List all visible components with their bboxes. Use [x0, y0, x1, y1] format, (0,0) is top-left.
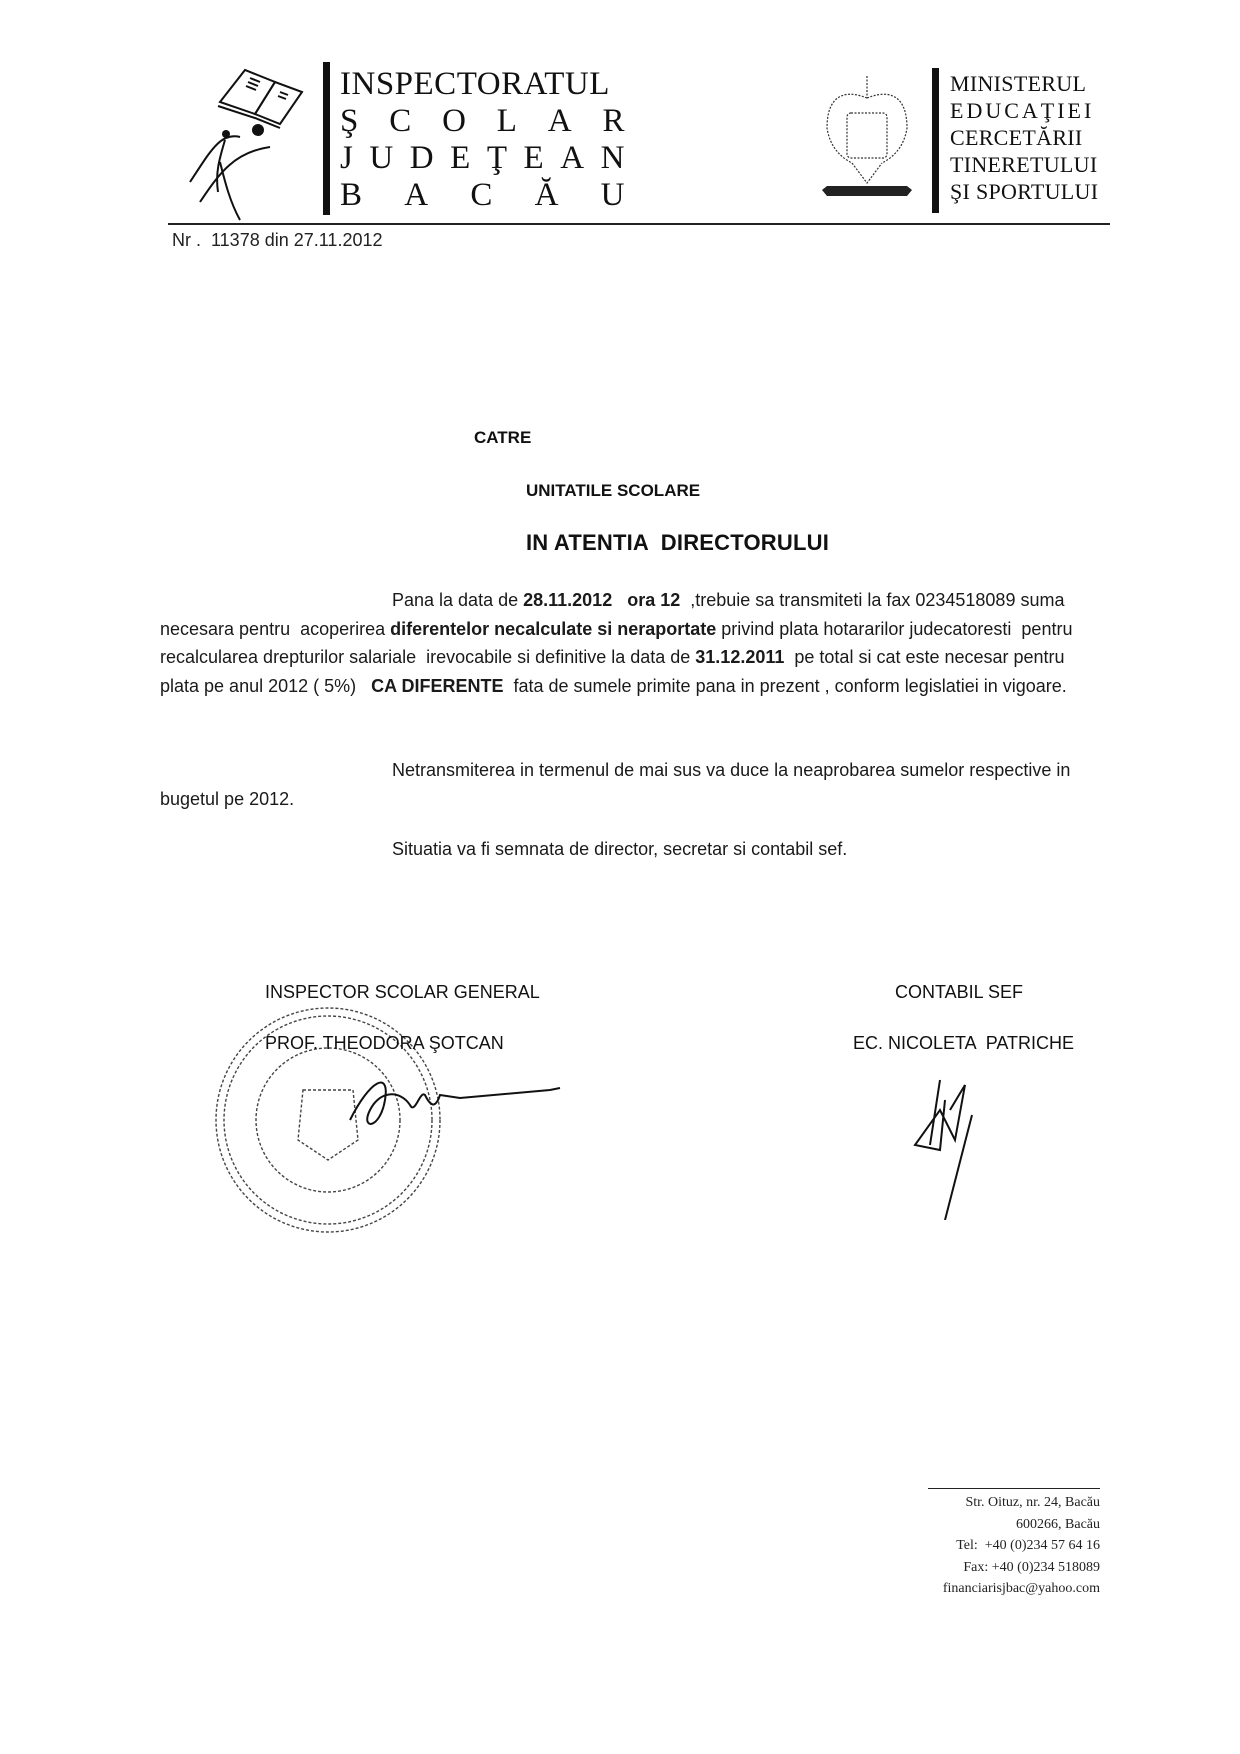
accountant-signature-icon	[910, 1070, 990, 1220]
title-letter: A	[404, 177, 428, 214]
body-paragraph-2-text: Netransmiterea in termenul de mai sus va…	[160, 760, 1070, 809]
footer-rule	[928, 1488, 1100, 1489]
title-letter: E	[524, 140, 545, 177]
title-letter: B	[340, 177, 363, 214]
title-letter: U	[601, 177, 625, 214]
title-letter: R	[602, 103, 625, 140]
header-rule	[168, 223, 1110, 225]
body-paragraph-1-text: Pana la data de 28.11.2012 ora 12 ,trebu…	[160, 590, 1082, 696]
body-text: Pana la data de	[392, 590, 523, 610]
contact-footer: Str. Oituz, nr. 24, Bacău 600266, Bacău …	[943, 1492, 1100, 1600]
title-letter: N	[601, 140, 625, 177]
ministry-line-1: MINISTERUL	[950, 70, 1098, 97]
title-letter: D	[410, 140, 434, 177]
inspectorate-line-2: ŞCOLAR	[340, 103, 625, 140]
ministry-line-3: CERCETĂRII	[950, 124, 1098, 151]
title-letter: J	[340, 140, 353, 177]
title-letter: Ţ	[487, 140, 508, 177]
footer-address: Str. Oituz, nr. 24, Bacău	[943, 1492, 1100, 1514]
body-paragraph-1: Pana la data de 28.11.2012 ora 12 ,trebu…	[160, 586, 1100, 700]
inspector-title: INSPECTOR SCOLAR GENERAL	[265, 982, 540, 1003]
inspectorate-line-1: INSPECTORATUL	[340, 66, 625, 103]
footer-postal: 600266, Bacău	[943, 1514, 1100, 1536]
header-divider-left	[323, 62, 330, 215]
inspector-name: PROF. THEODORA ŞOTCAN	[265, 1033, 504, 1054]
addressee-to: CATRE	[474, 428, 531, 448]
body-text: fata de sumele primite pana in prezent ,…	[503, 676, 1066, 696]
document-number: Nr . 11378 din 27.11.2012	[172, 230, 383, 251]
attention-line: IN ATENTIA DIRECTORULUI	[526, 530, 829, 556]
title-letter: A	[548, 103, 572, 140]
body-paragraph-3: Situatia va fi semnata de director, secr…	[160, 835, 1100, 864]
emphasis-text: 28.11.2012 ora 12	[523, 590, 680, 610]
addressee-units: UNITATILE SCOLARE	[526, 481, 700, 501]
inspectorate-line-4: BACĂU	[340, 177, 625, 214]
title-letter: C	[389, 103, 412, 140]
inspectorate-title: INSPECTORATUL ŞCOLAR JUDEŢEAN BACĂU	[340, 66, 625, 214]
body-paragraph-2: Netransmiterea in termenul de mai sus va…	[160, 756, 1100, 813]
romania-coat-of-arms-icon	[822, 68, 912, 208]
inspectorate-line-3: JUDEŢEAN	[340, 140, 625, 177]
ministry-line-2: EDUCAŢIEI	[950, 97, 1098, 124]
ministry-title: MINISTERUL EDUCAŢIEI CERCETĂRII TINERETU…	[950, 70, 1098, 205]
title-letter: Ş	[340, 103, 359, 140]
title-letter: Ă	[535, 177, 559, 214]
footer-tel: Tel: +40 (0)234 57 64 16	[943, 1535, 1100, 1557]
title-letter: C	[470, 177, 493, 214]
accountant-name: EC. NICOLETA PATRICHE	[853, 1033, 1074, 1054]
footer-fax: Fax: +40 (0)234 518089	[943, 1557, 1100, 1579]
emphasis-text: diferentelor necalculate si neraportate	[390, 619, 716, 639]
footer-email[interactable]: financiarisjbac@yahoo.com	[943, 1578, 1100, 1600]
accountant-title: CONTABIL SEF	[895, 982, 1023, 1003]
title-letter: E	[450, 140, 471, 177]
title-letter: A	[560, 140, 584, 177]
title-letter: O	[442, 103, 466, 140]
title-letter: U	[369, 140, 393, 177]
title-letter: L	[497, 103, 518, 140]
emphasis-text: 31.12.2011	[695, 647, 784, 667]
body-paragraph-3-text: Situatia va fi semnata de director, secr…	[392, 839, 847, 859]
school-inspectorate-logo-icon	[180, 62, 320, 222]
header-divider-right	[932, 68, 939, 213]
inspector-signature-icon	[340, 1060, 570, 1140]
ministry-line-5: ŞI SPORTULUI	[950, 178, 1098, 205]
ministry-line-4: TINERETULUI	[950, 151, 1098, 178]
emphasis-text: CA DIFERENTE	[371, 676, 503, 696]
